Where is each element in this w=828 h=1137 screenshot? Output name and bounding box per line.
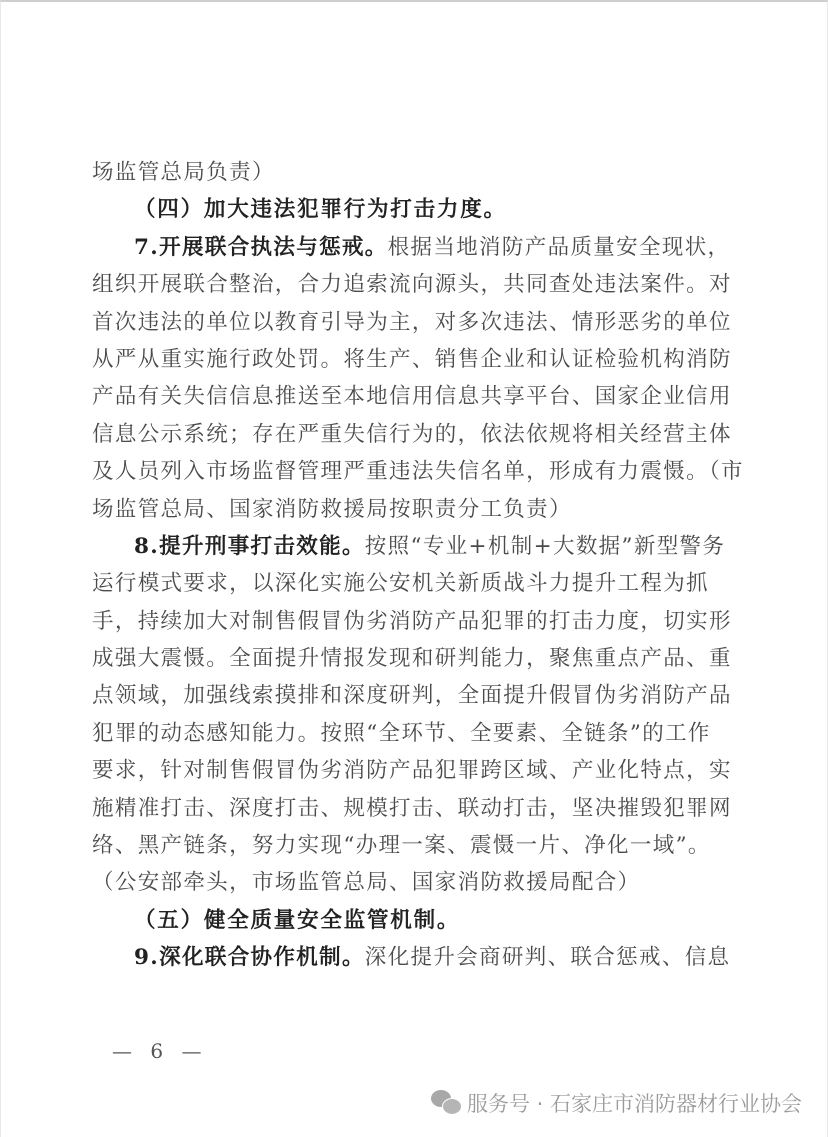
document-page: 场监管总局负责） （四）加大违法犯罪行为打击力度。 7.开展联合执法与惩戒。根据…: [92, 154, 696, 977]
text-line: 场监管总局、国家消防救援局按职责分工负责）: [92, 491, 696, 528]
text-line: 信息公示系统；存在严重失信行为的，依法依规将相关经营主体: [92, 416, 696, 453]
account-name: 服务号 · 石家庄市消防器材行业协会: [467, 1088, 802, 1118]
text-line: 成强大震慑。全面提升情报发现和研判能力，聚焦重点产品、重: [92, 640, 696, 677]
text-line: 络、黑产链条，努力实现“办理一案、震慑一片、净化一域”。: [92, 827, 696, 864]
text-line: 及人员列入市场监督管理严重违法失信名单，形成有力震慑。（市: [92, 453, 696, 490]
text-line: 产品有关失信信息推送至本地信用信息共享平台、国家企业信用: [92, 378, 696, 415]
paragraph-9-start: 9.深化联合协作机制。深化提升会商研判、联合惩戒、信息: [92, 939, 696, 976]
item-title-7: 7.开展联合执法与惩戒。: [134, 235, 388, 260]
text-line: 要求，针对制售假冒伪劣消防产品犯罪跨区域、产业化特点，实: [92, 752, 696, 789]
text-line: 手，持续加大对制售假冒伪劣消防产品犯罪的打击力度，切实形: [92, 603, 696, 640]
item-title-8: 8.提升刑事打击效能。: [134, 534, 365, 559]
page-number: — 6 —: [112, 1039, 207, 1063]
wechat-account-footer[interactable]: 服务号 · 石家庄市消防器材行业协会: [431, 1088, 802, 1118]
text-line: 从严从重实施行政处罚。将生产、销售企业和认证检验机构消防: [92, 341, 696, 378]
item-title-9: 9.深化联合协作机制。: [134, 945, 365, 970]
text-line: 组织开展联合整治，合力追索流向源头，共同查处违法案件。对: [92, 266, 696, 303]
text-line: 场监管总局负责）: [92, 154, 696, 191]
paragraph-7-start: 7.开展联合执法与惩戒。根据当地消防产品质量安全现状，: [92, 229, 696, 266]
section-heading-5: （五）健全质量安全监管机制。: [92, 902, 696, 939]
section-heading-4: （四）加大违法犯罪行为打击力度。: [92, 191, 696, 228]
text-span: 根据当地消防产品质量安全现状，: [388, 235, 731, 260]
text-line: （公安部牵头，市场监管总局、国家消防救援局配合）: [92, 864, 696, 901]
text-line: 点领域，加强线索摸排和深度研判，全面提升假冒伪劣消防产品: [92, 677, 696, 714]
text-span: 按照“专业+机制+大数据”新型警务: [365, 534, 725, 559]
wechat-icon: [431, 1090, 461, 1116]
text-line: 施精准打击、深度打击、规模打击、联动打击，坚决摧毁犯罪网: [92, 790, 696, 827]
text-line: 犯罪的动态感知能力。按照“全环节、全要素、全链条”的工作: [92, 715, 696, 752]
text-line: 运行模式要求，以深化实施公安机关新质战斗力提升工程为抓: [92, 565, 696, 602]
text-line: 首次违法的单位以教育引导为主，对多次违法、情形恶劣的单位: [92, 304, 696, 341]
text-span: 深化提升会商研判、联合惩戒、信息: [365, 945, 731, 970]
paragraph-8-start: 8.提升刑事打击效能。按照“专业+机制+大数据”新型警务: [92, 528, 696, 565]
